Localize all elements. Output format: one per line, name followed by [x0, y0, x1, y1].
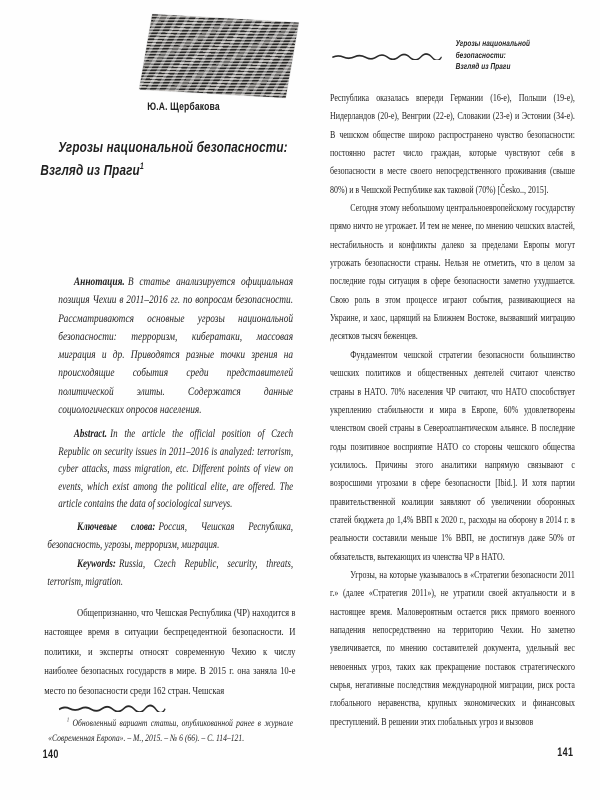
page-number-left: 140	[43, 749, 59, 761]
right-page: Угрозы национальной безопасности: Взгляд…	[330, 0, 575, 800]
scanned-book-spread: Ю.А. Щербакова Угрозы национальной безоп…	[0, 0, 600, 800]
running-header-line-2: Взгляд из Праги	[456, 61, 575, 73]
keywords-ru: Ключевые слова:Россия, Чешская Республик…	[47, 519, 293, 554]
right-paragraph-3: Фундаментом чешской стратегии безопаснос…	[330, 347, 575, 567]
keywords-en: Keywords:Russia, Czech Republic, securit…	[47, 556, 293, 591]
footnote-separator-rule	[58, 704, 166, 712]
abstract-lead: Abstract.	[74, 428, 107, 440]
page-number-right: 141	[557, 747, 573, 759]
footnote: 1 Обновленный вариант статьи, опубликова…	[48, 716, 293, 746]
abstract-text: In the article the official position of …	[58, 428, 293, 510]
left-body-paragraph: Общепризнанно, что Чешская Республика (Ч…	[44, 604, 295, 701]
annotation-paragraph: Аннотация.В статье анализируется официал…	[58, 272, 293, 418]
right-paragraph-4: Угрозы, на которые указывалось в «Страте…	[330, 567, 575, 732]
author-name: Ю.А. Щербакова	[147, 101, 220, 113]
annotation-lead: Аннотация.	[74, 274, 125, 288]
keywords-ru-lead: Ключевые слова:	[77, 521, 155, 533]
annotation-text: В статье анализируется официальная позиц…	[58, 274, 293, 416]
abstract-paragraph: Abstract.In the article the official pos…	[58, 426, 293, 514]
redacted-affiliation-block	[139, 14, 299, 98]
title-footnote-marker: 1	[140, 161, 144, 171]
article-title: Угрозы национальной безопасности: Взгляд…	[38, 136, 295, 182]
article-title-line-2-text: Взгляд из Праги	[40, 162, 139, 179]
right-paragraph-2: Сегодня этому небольшому центральноевроп…	[330, 200, 575, 347]
right-paragraph-1: Республика оказалась впереди Германии (1…	[330, 90, 575, 200]
right-body-text: Республика оказалась впереди Германии (1…	[330, 90, 575, 732]
keywords-en-lead: Keywords:	[77, 558, 116, 570]
running-header-line-1: Угрозы национальной безопасности:	[456, 38, 575, 61]
left-page: Ю.А. Щербакова Угрозы национальной безоп…	[38, 0, 295, 800]
running-header-rule	[332, 52, 443, 60]
article-title-line-2: Взгляд из Праги1	[40, 159, 295, 182]
footnote-marker: 1	[67, 718, 69, 724]
article-title-line-1: Угрозы национальной безопасности:	[58, 136, 295, 159]
running-header: Угрозы национальной безопасности: Взгляд…	[456, 38, 575, 73]
footnote-text: Обновленный вариант статьи, опубликованн…	[48, 718, 293, 744]
